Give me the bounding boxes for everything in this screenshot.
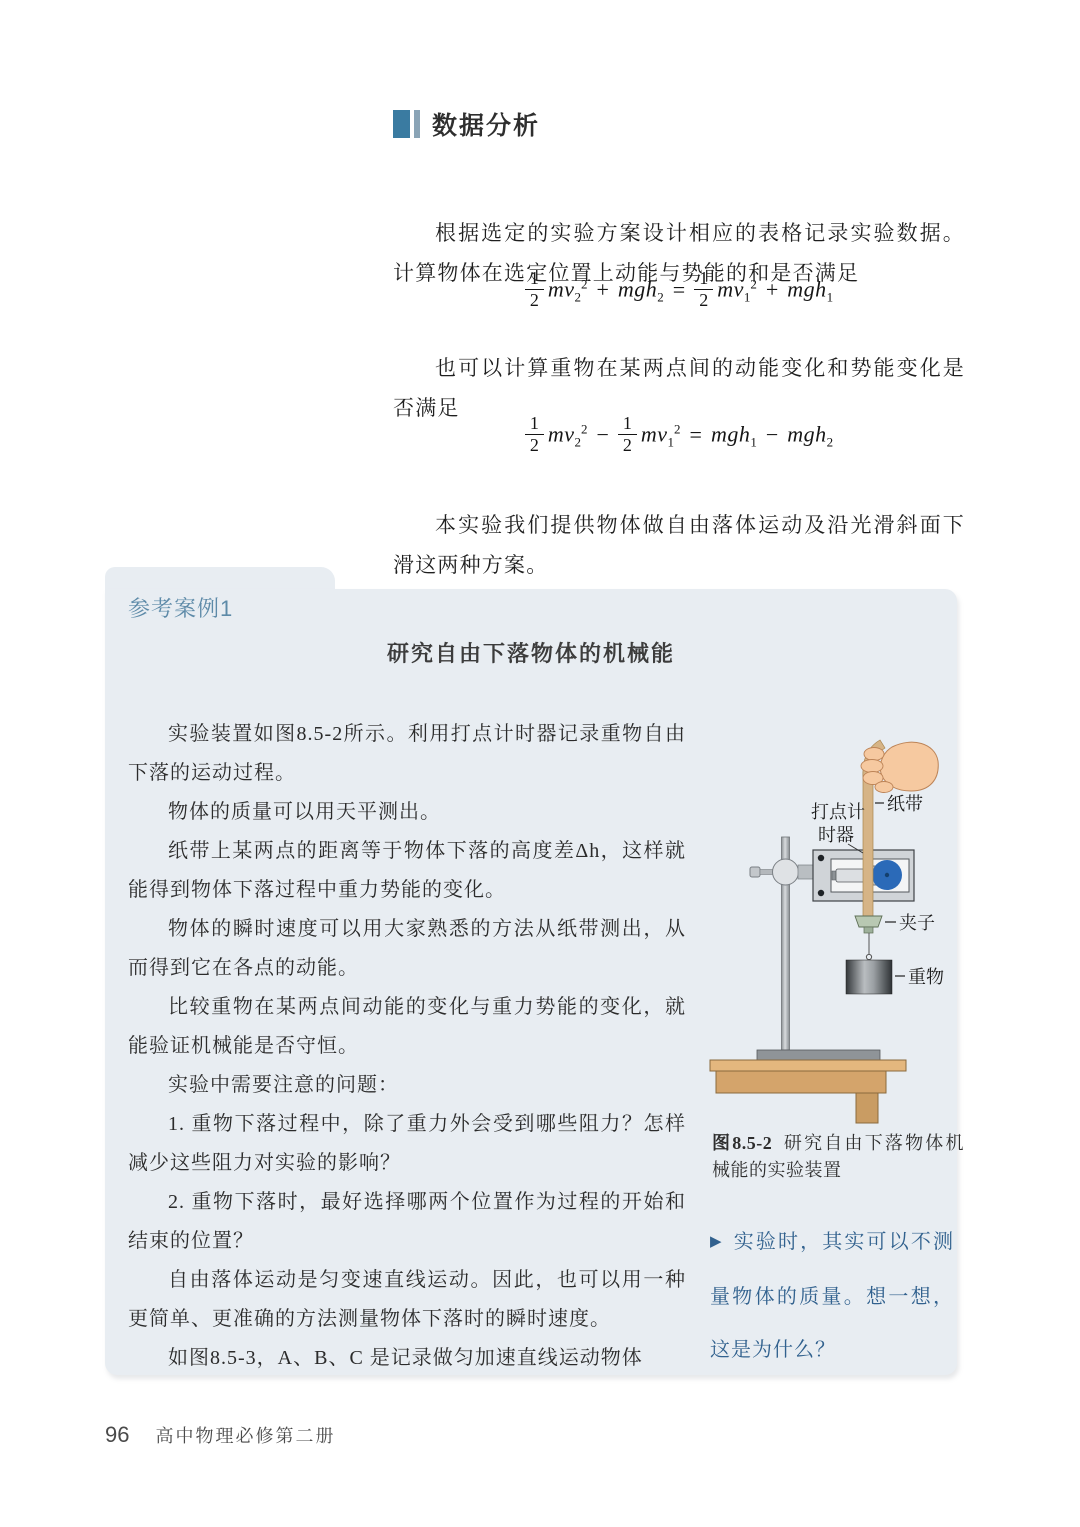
- case-paragraph: 比较重物在某两点间动能的变化与重力势能的变化，就能验证机械能是否守恒。: [128, 988, 686, 1066]
- hook: [866, 954, 871, 959]
- timer-screw-top: [818, 855, 824, 861]
- table-top: [710, 1060, 906, 1071]
- figure-number: 图8.5-2: [712, 1133, 772, 1153]
- table-leg: [856, 1093, 878, 1123]
- figure-caption: 图8.5-2研究自由下落物体机械能的实验装置: [712, 1130, 964, 1184]
- hand-finger: [864, 748, 884, 761]
- stand-base-plate: [757, 1050, 880, 1060]
- weight: [846, 960, 892, 994]
- section-marker-icon-secondary: [414, 110, 420, 138]
- section-marker-icon: [393, 110, 410, 138]
- case-paragraph: 2. 重物下落时，最好选择哪两个位置作为过程的开始和结束的位置？: [128, 1183, 686, 1261]
- case-paragraph: 实验装置如图8.5-2所示。利用打点计时器记录重物自由下落的运动过程。: [128, 715, 686, 793]
- apparatus-figure: 打点计 时器 纸带 夹子 重物: [702, 727, 960, 1125]
- fraction: 12: [694, 269, 713, 310]
- case-paragraph: 自由落体运动是匀变速直线运动。因此，也可以用一种更简单、更准确的方法测量物体下落…: [128, 1261, 686, 1339]
- fraction: 12: [618, 414, 637, 455]
- label-clip: 夹子: [899, 913, 935, 933]
- formula-energy-sum: 12mv22+mgh2=12mv12+mgh1: [393, 269, 965, 314]
- margin-note: ▶实验时，其实可以不测量物体的质量。想一想，这是为什么？: [710, 1216, 954, 1377]
- case-tab-label: 参考案例1: [128, 592, 233, 623]
- case-paragraph: 1. 重物下落过程中，除了重力外会受到哪些阻力？怎样减少这些阻力对实验的影响？: [128, 1105, 686, 1183]
- timer-disc-center: [885, 873, 889, 877]
- note-text: 实验时，其实可以不测量物体的质量。想一想，这是为什么？: [710, 1231, 954, 1361]
- label-tape: 纸带: [887, 794, 923, 814]
- label-weight: 重物: [908, 967, 944, 987]
- case-body-text: 实验装置如图8.5-2所示。利用打点计时器记录重物自由下落的运动过程。 物体的质…: [128, 715, 686, 1378]
- label-timer-line1: 打点计: [811, 802, 865, 822]
- case-paragraph: 如图8.5-3，A、B、C 是记录做匀加速直线运动物体: [128, 1339, 686, 1378]
- case-paragraph: 物体的质量可以用天平测出。: [128, 793, 686, 832]
- note-triangle-icon: ▶: [710, 1234, 724, 1250]
- clip: [855, 916, 882, 927]
- intro-paragraph-3: 本实验我们提供物体做自由落体运动及沿光滑斜面下滑这两种方案。: [393, 505, 965, 585]
- table-apron: [716, 1071, 886, 1093]
- case-title: 研究自由下落物体的机械能: [105, 637, 957, 668]
- hand-thumb: [875, 782, 893, 793]
- clamp-knob: [750, 867, 760, 877]
- clip-jaw: [864, 927, 873, 933]
- case-paragraph: 实验中需要注意的问题：: [128, 1066, 686, 1105]
- section-title: 数据分析: [432, 106, 540, 142]
- fraction: 12: [525, 414, 544, 455]
- case-paragraph: 纸带上某两点的距离等于物体下落的高度差Δh，这样就能得到物体下落过程中重力势能的…: [128, 832, 686, 910]
- section-header: 数据分析: [393, 106, 540, 142]
- label-timer-line2: 时器: [818, 825, 854, 845]
- clamp-arm: [798, 865, 814, 879]
- page-footer: 96 高中物理必修第二册: [105, 1422, 335, 1448]
- page-number: 96: [105, 1422, 129, 1448]
- formula-energy-change: 12mv22−12mv12=mgh1−mgh2: [393, 414, 965, 459]
- clamp-screw: [760, 870, 774, 875]
- clamp-ball: [773, 859, 799, 885]
- fraction: 12: [525, 269, 544, 310]
- case-paragraph: 物体的瞬时速度可以用大家熟悉的方法从纸带测出，从而得到它在各点的动能。: [128, 910, 686, 988]
- textbook-page: { "section": { "title": "数据分析" }, "intro…: [0, 0, 1080, 1527]
- hand-finger: [861, 760, 883, 773]
- book-title: 高中物理必修第二册: [155, 1422, 335, 1448]
- paper-tape: [863, 772, 873, 920]
- timer-screw-bottom: [818, 890, 824, 896]
